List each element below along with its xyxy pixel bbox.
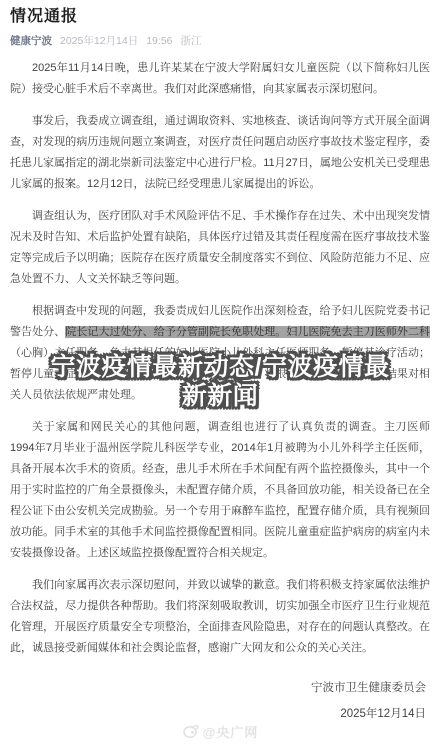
publish-region: 浙江 (181, 33, 202, 48)
publish-date: 2025年12月14日 (60, 33, 138, 48)
article-page: 情况通报 健康宁波 2025年12月14日 19:56 浙江 2025年11月1… (0, 0, 440, 746)
paragraph-text: 我们向家属再次表示深切慰问，并致以诚挚的歉意。我们将积极支持家属依法维护合法权益… (10, 579, 430, 654)
watermark-label: @央广网 (203, 722, 259, 741)
paragraph: 事发后，我委成立调查组，通过调取资料、实地核查、谈话询问等方式开展全面调查，对发… (10, 111, 430, 195)
paragraph-text: 2025年11月14日晚，患儿许某某在宁波大学附属妇女儿童医院（以下简称妇儿医院… (10, 62, 430, 95)
cnr-swirl-logo-icon (182, 724, 199, 739)
source-name: 健康宁波 (10, 33, 52, 48)
watermark: @央广网 (0, 722, 440, 741)
paragraph: 我们向家属再次表示深切慰问，并致以诚挚的歉意。我们将积极支持家属依法维护合法权益… (10, 575, 430, 659)
paragraph: 2025年11月14日晚，患儿许某某在宁波大学附属妇女儿童医院（以下简称妇儿医院… (10, 58, 430, 100)
paragraph: 根据调查中发现的问题，我委责成妇儿医院作出深刻检查，给予妇儿医院党委书记警告处分… (10, 301, 430, 406)
paragraph: 调查组认为，医疗团队对手术风险评估不足、手术操作存在过失、术中出现突发情况未及时… (10, 206, 430, 290)
paragraph: 关于家属和网民关心的其他问题，调查组也进行了认真负责的调查。主刀医师1994年7… (10, 417, 430, 564)
paragraph-text: 调查组认为，医疗团队对手术风险评估不足、手术操作存在过失、术中出现突发情况未及时… (10, 210, 430, 285)
signature-block: 宁波市卫生健康委员会 2025年12月14日 (10, 675, 430, 727)
publish-time: 19:56 (146, 35, 172, 47)
signature-org: 宁波市卫生健康委员会 (10, 675, 426, 701)
paragraph-text: 关于家属和网民关心的其他问题，调查组也进行了认真负责的调查。主刀医师1994年7… (10, 421, 430, 559)
paragraph-text: 事发后，我委成立调查组，通过调取资料、实地核查、谈话询问等方式开展全面调查，对发… (10, 115, 430, 190)
article-body: 2025年11月14日晚，患儿许某某在宁波大学附属妇女儿童医院（以下简称妇儿医院… (0, 48, 440, 727)
highlighted-text: 院长记大过处分、给予分管副院长免职处理。妇儿医院免去主刀医师外二科 (65, 326, 430, 338)
article-header: 情况通报 健康宁波 2025年12月14日 19:56 浙江 (0, 0, 440, 48)
article-meta: 健康宁波 2025年12月14日 19:56 浙江 (10, 33, 430, 48)
paragraph-text: （心胸）主任职务、免去其担任的妇儿医院小儿外科主任医师职务、暂停其诊疗活动；暂停… (10, 347, 430, 401)
page-title: 情况通报 (10, 7, 430, 27)
